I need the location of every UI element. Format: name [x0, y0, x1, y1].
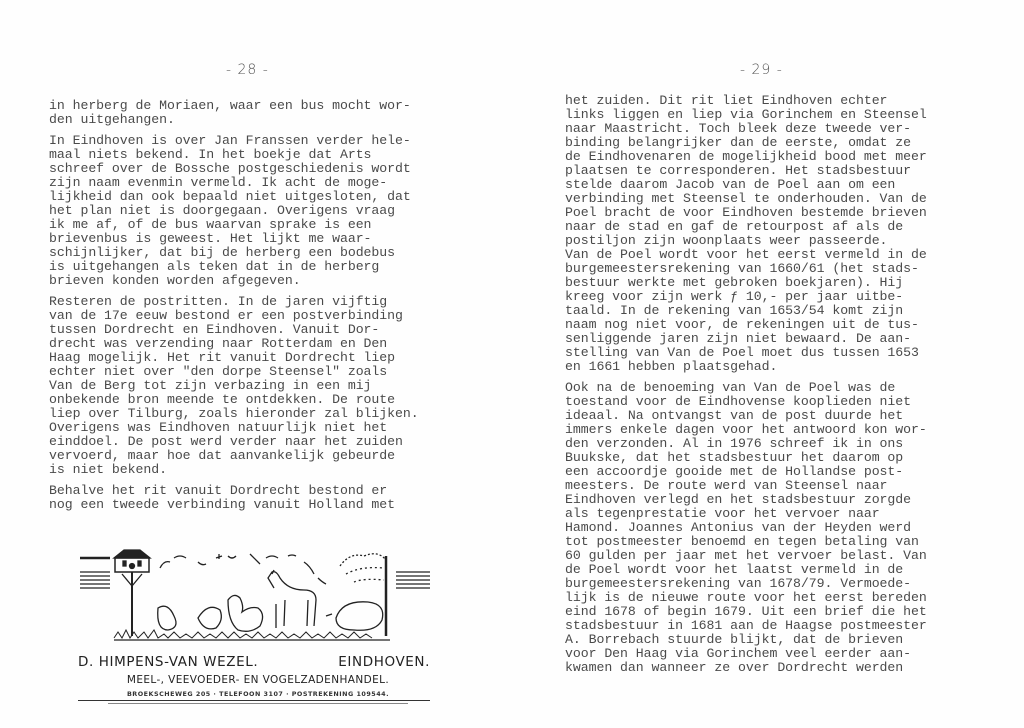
business-address: BROEKSCHEWEG 205 · TELEFOON 3107 · POSTR… [108, 690, 408, 698]
text-line: tussen Dordrecht en Eindhoven. Vanuit Do… [49, 323, 419, 337]
divider [78, 700, 430, 701]
business-name-left: D. HIMPENS-VAN WEZEL. [78, 654, 258, 670]
text-line: immers enkele dagen voor het antwoord ko… [565, 423, 927, 437]
text-line: A. Borrebach stuurde blijkt, dat de brie… [565, 633, 927, 647]
text-line: burgemeestersrekening van 1660/61 (het s… [565, 262, 927, 276]
farm-animals-and-dovecote-illustration [78, 548, 430, 652]
text-line: stadsbestuur in 1681 aan de Haagse postm… [565, 619, 927, 633]
right-page: - 29 - het zuiden. Dit rit liet Eindhove… [512, 0, 1024, 728]
text-line: einddoel. De post werd verder naar het z… [49, 435, 419, 449]
text-line: 60 gulden per jaar met het vervoer belas… [565, 549, 927, 563]
text-line: vervoerd, maar hoe dat aanvankelijk gebe… [49, 449, 419, 463]
paragraph: Resteren de postritten. In de jaren vijf… [49, 295, 419, 477]
text-line: Resteren de postritten. In de jaren vijf… [49, 295, 419, 309]
text-line: stelling van Van de Poel moet dus tussen… [565, 346, 927, 360]
text-line: Ook na de benoeming van Van de Poel was … [565, 381, 927, 395]
divider [108, 703, 408, 704]
text-line: Overigens was Eindhoven natuurlijk niet … [49, 421, 419, 435]
text-line: ideaal. Na ontvangst van de post duurde … [565, 409, 927, 423]
text-line: nog een tweede verbinding vanuit Holland… [49, 498, 419, 512]
text-line: stelde daarom Jacob van de Poel aan om e… [565, 178, 927, 192]
text-line: lijk is de nieuwe route voor het eerst b… [565, 591, 927, 605]
text-line: is niet bekend. [49, 463, 419, 477]
text-line: den uitgehangen. [49, 113, 419, 127]
text-line: kreeg voor zijn werk ƒ 10,- per jaar uit… [565, 290, 927, 304]
text-line: naar de stad en gaf de retourpost af als… [565, 220, 927, 234]
text-line: Van de Berg tot zijn verbazing in een mi… [49, 379, 419, 393]
text-line: schijnlijker, dat bij de herberg een bod… [49, 246, 419, 260]
text-line: echter niet over "den dorpe Steensel" zo… [49, 365, 419, 379]
text-line: bestuur werkte met gebroken boekjaren). … [565, 276, 927, 290]
text-line: drecht was verzending naar Rotterdam en … [49, 337, 419, 351]
text-line: maal niets bekend. In het boekje dat Art… [49, 148, 419, 162]
body-text: in herberg de Moriaen, waar een bus moch… [49, 99, 419, 519]
text-line: meesters. De route werd van Steensel naa… [565, 479, 927, 493]
text-line: brievenbus is geweest. Het lijkt me waar… [49, 232, 419, 246]
text-line: toestand voor de Eindhovense kooplieden … [565, 395, 927, 409]
text-line: Eindhoven verlegd en het stadsbestuur zo… [565, 493, 927, 507]
text-line: in herberg de Moriaen, waar een bus moch… [49, 99, 419, 113]
text-line: plaatsen te corresponderen. Het stadsbes… [565, 164, 927, 178]
text-line: senliggende jaren zijn niet bewaard. De … [565, 332, 927, 346]
page-number: - 28 - [226, 62, 269, 78]
text-line: Van de Poel wordt voor het eerst vermeld… [565, 248, 927, 262]
text-line: binding belangrijker dan de eerste, omda… [565, 136, 927, 150]
business-trade: MEEL-, VEEVOEDER- EN VOGELZADENHANDEL. [108, 674, 408, 686]
text-line: de Poel wordt voor het laatst vermeld in… [565, 563, 927, 577]
text-line: naam nog niet voor, de rekeningen uit de… [565, 318, 927, 332]
text-line: verbinding met Steensel te onderhouden. … [565, 192, 927, 206]
body-text: het zuiden. Dit rit liet Eindhoven echte… [565, 94, 927, 682]
text-line: zijn naam evenmin vermeld. Ik acht de mo… [49, 176, 419, 190]
business-name: D. HIMPENS-VAN WEZEL. EINDHOVEN. [78, 654, 430, 670]
paragraph: Behalve het rit vanuit Dordrecht bestond… [49, 484, 419, 512]
text-line: burgemeestersrekening van 1678/79. Vermo… [565, 577, 927, 591]
text-line: brieven konden worden afgegeven. [49, 274, 419, 288]
text-line: het plan niet is doorgegaan. Overigens v… [49, 204, 419, 218]
text-line: voor Den Haag via Gorinchem veel eerder … [565, 647, 927, 661]
paragraph: het zuiden. Dit rit liet Eindhoven echte… [565, 94, 927, 374]
text-line: Poel bracht de voor Eindhoven bestemde b… [565, 206, 927, 220]
paragraph: in herberg de Moriaen, waar een bus moch… [49, 99, 419, 127]
text-line: Behalve het rit vanuit Dordrecht bestond… [49, 484, 419, 498]
text-line: is uitgehangen als teken dat in de herbe… [49, 260, 419, 274]
text-line: postiljon zijn woonplaats weer passeerde… [565, 234, 927, 248]
text-line: ik me af, of de bus waarvan sprake is ee… [49, 218, 419, 232]
text-line: als tegenprestatie voor het vervoer naar [565, 507, 927, 521]
text-line: lijkheid dan ook bepaald niet uitgeslote… [49, 190, 419, 204]
text-line: het zuiden. Dit rit liet Eindhoven echte… [565, 94, 927, 108]
text-line: de Eindhovenaren de mogelijkheid bood me… [565, 150, 927, 164]
text-line: kwamen dan wanneer ze over Dordrecht wer… [565, 661, 927, 675]
text-line: Buukske, dat het stadsbestuur het daarom… [565, 451, 927, 465]
text-line: en 1661 hebben plaatsgehad. [565, 360, 927, 374]
paragraph: In Eindhoven is over Jan Franssen verder… [49, 134, 419, 288]
text-line: Haag mogelijk. Het rit vanuit Dordrecht … [49, 351, 419, 365]
text-line: den verzonden. Al in 1976 schreef ik in … [565, 437, 927, 451]
text-line: eind 1678 of begin 1679. Uit een brief d… [565, 605, 927, 619]
text-line: van de 17e eeuw bestond er een postverbi… [49, 309, 419, 323]
text-line: onbekende bron meende te ontdekken. De r… [49, 393, 419, 407]
page-number: - 29 - [740, 62, 783, 78]
text-line: een accoordje gooide met de Hollandse po… [565, 465, 927, 479]
text-line: liep over Tilburg, zoals hieronder zal b… [49, 407, 419, 421]
text-line: links liggen en liep via Gorinchem en St… [565, 108, 927, 122]
text-line: taald. In de rekening van 1653/54 komt z… [565, 304, 927, 318]
letterhead-advertisement: D. HIMPENS-VAN WEZEL. EINDHOVEN. MEEL-, … [78, 548, 428, 688]
left-page: - 28 - in herberg de Moriaen, waar een b… [0, 0, 512, 728]
text-line: schreef over de Bossche postgeschiedenis… [49, 162, 419, 176]
text-line: tot postmeester benoemd en tegen betalin… [565, 535, 927, 549]
paragraph: Ook na de benoeming van Van de Poel was … [565, 381, 927, 675]
text-line: naar Maastricht. Toch bleek deze tweede … [565, 122, 927, 136]
business-city: EINDHOVEN. [338, 654, 430, 670]
text-line: In Eindhoven is over Jan Franssen verder… [49, 134, 419, 148]
text-line: Hamond. Joannes Antonius van der Heyden … [565, 521, 927, 535]
